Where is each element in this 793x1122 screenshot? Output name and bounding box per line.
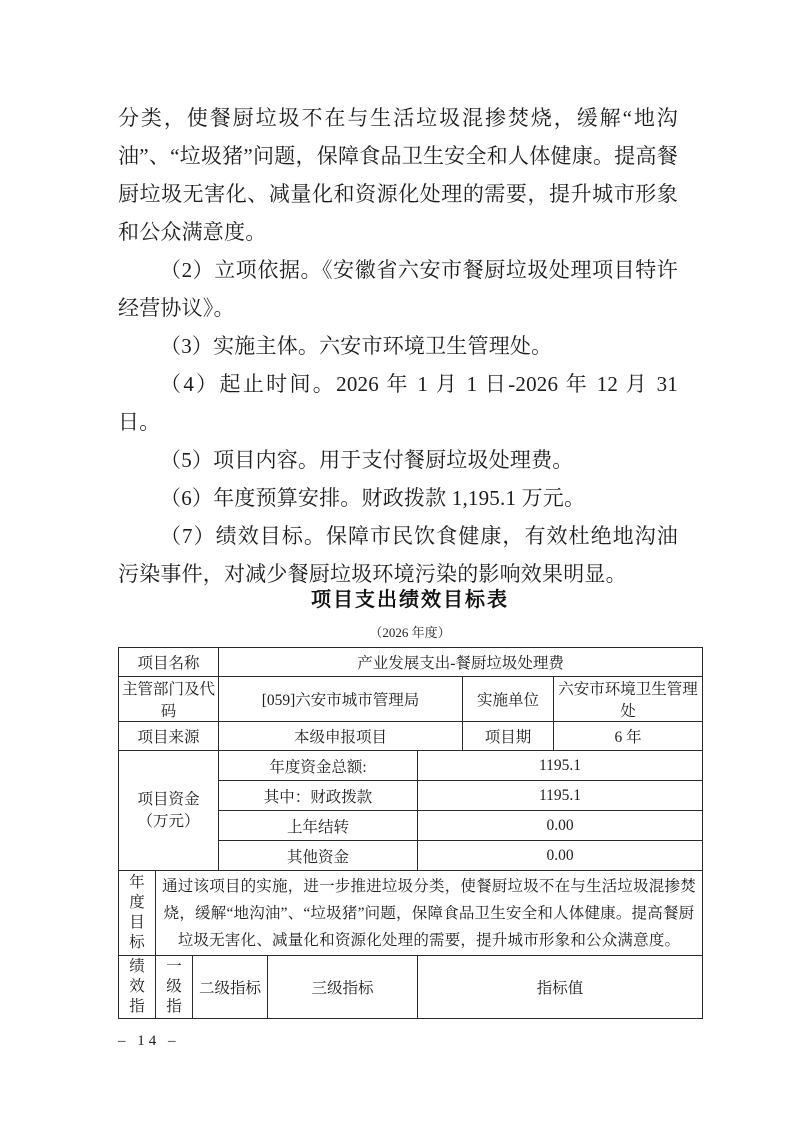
level1-indicator-label: 一级指 — [156, 956, 193, 1019]
carryover-value: 0.00 — [418, 811, 703, 841]
paragraph-item-2: （2）立项依据。《安徽省六安市餐厨垃圾处理项目特许经营协议》。 — [118, 251, 678, 327]
department-label: 主管部门及代码 — [119, 677, 219, 722]
project-name-value: 产业发展支出-餐厨垃圾处理费 — [219, 648, 703, 677]
project-funds-label-line2: （万元） — [119, 811, 218, 833]
paragraph-item-4: （4）起止时间。2026 年 1 月 1 日-2026 年 12 月 31 日。 — [118, 365, 678, 441]
paragraph-item-5: （5）项目内容。用于支付餐厨垃圾处理费。 — [118, 441, 678, 479]
annual-total-value: 1195.1 — [418, 751, 703, 781]
annual-target-label-text: 年度目标 — [129, 873, 146, 953]
performance-table-section: 项目支出绩效目标表 （2026 年度） 项目名称 产业发展支出-餐厨垃圾处理费 … — [118, 588, 702, 1019]
table-subtitle: （2026 年度） — [118, 625, 702, 641]
indicator-value-header: 指标值 — [418, 956, 703, 1019]
performance-target-table: 项目名称 产业发展支出-餐厨垃圾处理费 主管部门及代码 [059]六安市城市管理… — [118, 647, 703, 1019]
annual-total-label: 年度资金总额: — [219, 751, 418, 781]
table-row: 绩效指 一级指 二级指标 三级指标 指标值 — [119, 956, 703, 1019]
department-value: [059]六安市城市管理局 — [219, 677, 463, 722]
project-funds-label: 项目资金 （万元） — [119, 751, 219, 871]
table-title: 项目支出绩效目标表 — [118, 588, 702, 612]
period-label: 项目期 — [463, 722, 554, 751]
source-label: 项目来源 — [119, 722, 219, 751]
annual-target-label: 年度目标 — [119, 871, 156, 956]
table-row: 年度目标 通过该项目的实施，进一步推进垃圾分类，使餐厨垃圾不在与生活垃圾混掺焚烧… — [119, 871, 703, 956]
perf-indicator-label: 绩效指 — [119, 956, 156, 1019]
period-value: 6 年 — [554, 722, 703, 751]
body-text: 分类，使餐厨垃圾不在与生活垃圾混掺焚烧，缓解“地沟油”、“垃圾猪”问题，保障食品… — [118, 99, 678, 593]
level1-indicator-label-text: 一级指 — [166, 957, 183, 1017]
perf-indicator-label-text: 绩效指 — [129, 957, 146, 1017]
carryover-label: 上年结转 — [219, 811, 418, 841]
level3-indicator-header: 三级指标 — [268, 956, 418, 1019]
paragraph-item-3: （3）实施主体。六安市环境卫生管理处。 — [118, 327, 678, 365]
paragraph-continuation: 分类，使餐厨垃圾不在与生活垃圾混掺焚烧，缓解“地沟油”、“垃圾猪”问题，保障食品… — [118, 99, 678, 251]
table-row: 项目名称 产业发展支出-餐厨垃圾处理费 — [119, 648, 703, 677]
source-value: 本级申报项目 — [219, 722, 463, 751]
level2-indicator-header: 二级指标 — [193, 956, 268, 1019]
project-funds-label-line1: 项目资金 — [119, 789, 218, 811]
implement-unit-value: 六安市环境卫生管理处 — [554, 677, 703, 722]
page-number: – 14 – — [118, 1033, 180, 1050]
table-row: 项目资金 （万元） 年度资金总额: 1195.1 — [119, 751, 703, 781]
table-row: 项目来源 本级申报项目 项目期 6 年 — [119, 722, 703, 751]
table-row: 主管部门及代码 [059]六安市城市管理局 实施单位 六安市环境卫生管理处 — [119, 677, 703, 722]
other-funds-value: 0.00 — [418, 841, 703, 871]
fiscal-allocation-value: 1195.1 — [418, 781, 703, 811]
project-name-label: 项目名称 — [119, 648, 219, 677]
paragraph-item-6: （6）年度预算安排。财政拨款 1,195.1 万元。 — [118, 479, 678, 517]
implement-unit-label: 实施单位 — [463, 677, 554, 722]
other-funds-label: 其他资金 — [219, 841, 418, 871]
document-page: 分类，使餐厨垃圾不在与生活垃圾混掺焚烧，缓解“地沟油”、“垃圾猪”问题，保障食品… — [0, 0, 793, 1122]
paragraph-item-7: （7）绩效目标。保障市民饮食健康，有效杜绝地沟油污染事件，对减少餐厨垃圾环境污染… — [118, 517, 678, 593]
fiscal-allocation-label: 其中：财政拨款 — [219, 781, 418, 811]
annual-target-text: 通过该项目的实施，进一步推进垃圾分类，使餐厨垃圾不在与生活垃圾混掺焚烧，缓解“地… — [156, 871, 703, 956]
